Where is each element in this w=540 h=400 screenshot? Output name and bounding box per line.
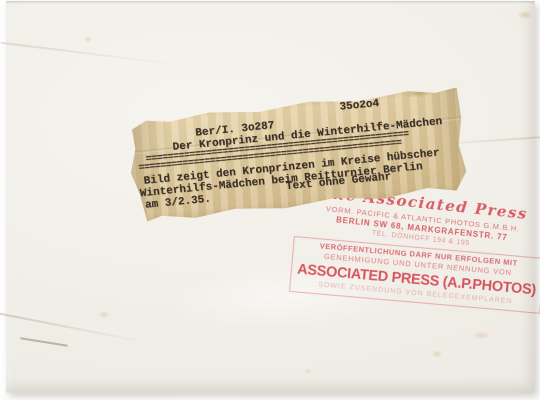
stain-spot xyxy=(96,309,112,320)
stain-spot xyxy=(430,349,444,359)
stain-spot xyxy=(82,35,94,44)
screenshot-stage: The Associated Press VORM. PACIFIC & ATL… xyxy=(0,0,540,400)
photo-back-paper: The Associated Press VORM. PACIFIC & ATL… xyxy=(6,1,535,393)
stain-spot xyxy=(514,9,536,21)
photo-top-edge xyxy=(6,1,535,4)
crease-mark xyxy=(1,42,185,67)
scratch-mark xyxy=(20,337,68,346)
stain-spot xyxy=(302,367,314,375)
ap-rubber-stamp: The Associated Press VORM. PACIFIC & ATL… xyxy=(285,181,540,349)
crease-mark xyxy=(458,136,540,144)
crease-mark xyxy=(0,313,147,344)
